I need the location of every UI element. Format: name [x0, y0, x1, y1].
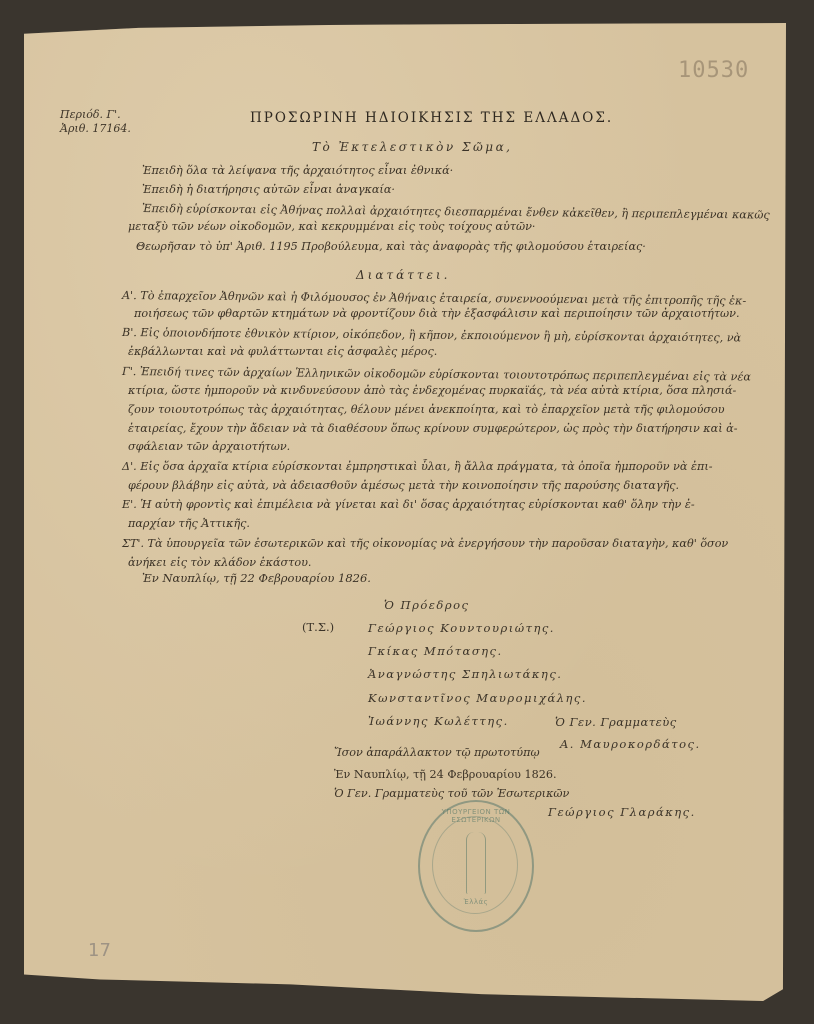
article-line: Δ'. Εἰς ὅσα ἀρχαῖα κτίρια εὑρίσκονται ἐμ…	[122, 460, 713, 473]
preamble-line: Θεωρῆσαν τὸ ὑπ' Ἀριθ. 1195 Προβούλευμα, …	[136, 240, 646, 253]
article-line: ἑταιρείας, ἔχουν τὴν ἄδειαν νὰ τὰ διαθέσ…	[128, 422, 737, 435]
article-line: κτίρια, ὥστε ἠμποροῦν νὰ κινδυνεύσουν ἀπ…	[128, 384, 736, 397]
article-line: σφάλειαν τῶν ἀρχαιοτήτων.	[128, 440, 290, 453]
general-secretary-label: Ὁ Γεν. Γραμματεὺς	[555, 715, 677, 729]
stamp-text: ΥΠΟΥΡΓΕΙΟΝ ΤΩΝ ΕΣΩΤΕΡΙΚΩΝ	[420, 808, 532, 824]
article-line: ζουν τοιουτοτρόπως τὰς ἀρχαιότητας, θέλο…	[128, 403, 725, 416]
article-line: ἀνήκει εἰς τὸν κλάδον ἑκάστου.	[128, 556, 311, 569]
certification-line: Ὁ Γεν. Γραμματεὺς τοῦ τῶν Ἐσωτερικῶν	[334, 787, 569, 800]
signatory: Γεώργιος Κουντουριώτης.	[368, 621, 555, 635]
reference-period: Περιόδ. Γ'.	[60, 108, 121, 121]
signatory: Ἰωάννης Κωλέττης.	[368, 714, 509, 728]
president-label: Ὁ Πρόεδρος	[384, 598, 469, 612]
archive-stamp-number: 10530	[678, 58, 749, 83]
decree-heading: Διατάττει.	[356, 268, 450, 282]
reference-number: Ἀριθ. 17164.	[60, 122, 131, 135]
article-line: ΣΤ'. Τὰ ὑπουργεῖα τῶν ἐσωτερικῶν καὶ τῆς…	[122, 537, 728, 550]
place-date: Ἐν Ναυπλίῳ, τῇ 22 Φεβρουαρίου 1826.	[142, 571, 371, 585]
stamp-inner-text: Ἑλλάς	[420, 898, 532, 906]
article-line: Ε'. Ἡ αὐτὴ φροντὶς καὶ ἐπιμέλεια νὰ γίνε…	[122, 498, 695, 511]
preamble-line: Ἐπειδὴ ἡ διατήρησις αὐτῶν εἶναι ἀναγκαία…	[142, 183, 395, 196]
document-title: ΠΡΟΣΩΡΙΝΗ ΗΔΙΟΙΚΗΣΙΣ ΤΗΣ ΕΛΛΑΔΟΣ.	[250, 110, 613, 126]
article-line: ποιήσεως τῶν φθαρτῶν κτημάτων νὰ φροντίζ…	[134, 307, 740, 320]
certification-line: Ἐν Ναυπλίῳ, τῇ 24 Φεβρουαρίου 1826.	[334, 768, 557, 781]
certifier-name: Γεώργιος Γλαράκης.	[548, 805, 696, 819]
certification-line: Ἴσον ἀπαράλλακτον τῷ πρωτοτύπῳ	[334, 746, 540, 759]
signatory: Κωνσταντῖνος Μαυρομιχάλης.	[368, 691, 587, 705]
stamp-figure-icon	[466, 832, 486, 894]
preamble-line: μεταξὺ τῶν νέων οἰκοδομῶν, καὶ κεκρυμμέν…	[128, 220, 535, 233]
document-subtitle: Τὸ Ἐκτελεστικὸν Σῶμα,	[312, 140, 513, 154]
article-line: παρχίαν τῆς Ἀττικῆς.	[128, 517, 250, 530]
signatory: Γκίκας Μπότασης.	[368, 644, 503, 658]
article-line: φέρουν βλάβην εἰς αὐτὰ, νὰ ἀδειασθοῦν ἀμ…	[128, 479, 679, 492]
signatory: Ἀναγνώστης Σπηλιωτάκης.	[368, 667, 562, 681]
ministry-stamp: ΥΠΟΥΡΓΕΙΟΝ ΤΩΝ ΕΣΩΤΕΡΙΚΩΝ Ἑλλάς	[418, 800, 534, 932]
preamble-line: Ἐπειδὴ ὅλα τὰ λείψανα τῆς ἀρχαιότητος εἶ…	[142, 164, 453, 177]
seal-mark: (Τ.Σ.)	[302, 620, 334, 634]
pencil-note: 17	[88, 940, 111, 961]
article-line: ἐκβάλλωνται καὶ νὰ φυλάττωνται εἰς ἀσφαλ…	[128, 345, 437, 358]
general-secretary-name: Α. Μαυροκορδάτος.	[560, 737, 701, 751]
